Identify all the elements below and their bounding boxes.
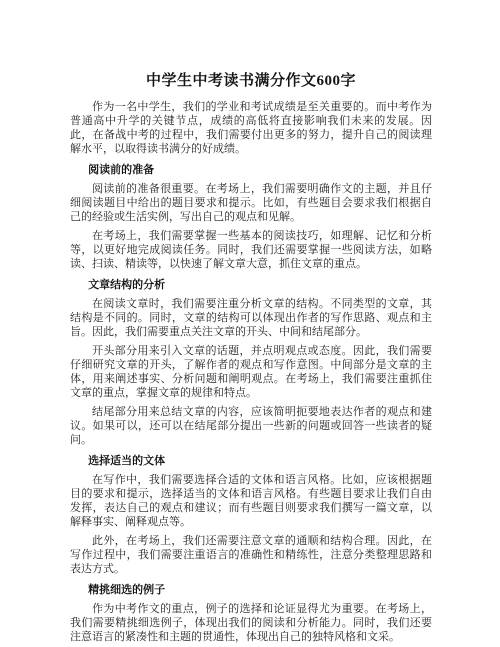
section-structure-analysis: 文章结构的分析 在阅读文章时，我们需要注重分析文章的结构。不同类型的文章，其结构… (70, 278, 432, 447)
paragraph: 在阅读文章时，我们需要注重分析文章的结构。不同类型的文章，其结构是不同的。同时，… (70, 297, 432, 339)
document-title: 中学生中考读书满分作文600字 (70, 71, 432, 91)
paragraph: 在考场上，我们需要掌握一些基本的阅读技巧，如理解、记忆和分析等，以更好地完成阅读… (70, 229, 432, 271)
paragraph: 作为中考作文的重点，例子的选择和论证显得尤为重要。在考场上，我们需要精挑细选例子… (70, 602, 432, 644)
intro-paragraph: 作为一名中学生，我们的学业和考试成绩是至关重要的。而中考作为普通高中升学的关键节… (70, 100, 432, 156)
section-heading: 选择适当的文体 (70, 454, 432, 468)
section-choose-style: 选择适当的文体 在写作中，我们需要选择合适的文体和语言风格。比如，应该根据题目的… (70, 454, 432, 576)
section-heading: 精挑细选的例子 (70, 583, 432, 597)
document-page: 中学生中考读书满分作文600字 作为一名中学生，我们的学业和考试成绩是至关重要的… (0, 0, 500, 647)
paragraph: 在写作中，我们需要选择合适的文体和语言风格。比如，应该根据题目的要求和提示，选择… (70, 473, 432, 529)
section-heading: 阅读前的准备 (70, 163, 432, 177)
section-reading-preparation: 阅读前的准备 阅读前的准备很重要。在考场上，我们需要明确作文的主题，并且仔细阅读… (70, 163, 432, 271)
section-selected-examples: 精挑细选的例子 作为中考作文的重点，例子的选择和论证显得尤为重要。在考场上，我们… (70, 583, 432, 644)
paragraph: 阅读前的准备很重要。在考场上，我们需要明确作文的主题，并且仔细阅读题目中给出的题… (70, 182, 432, 224)
section-heading: 文章结构的分析 (70, 278, 432, 292)
paragraph: 开头部分用来引入文章的话题，并点明观点或态度。因此，我们需要仔细研究文章的开头，… (70, 344, 432, 400)
paragraph: 结尾部分用来总结文章的内容，应该简明扼要地表达作者的观点和建议。如果可以，还可以… (70, 405, 432, 447)
paragraph: 此外，在考场上，我们还需要注意文章的通顺和结构合理。因此，在写作过程中，我们需要… (70, 534, 432, 576)
